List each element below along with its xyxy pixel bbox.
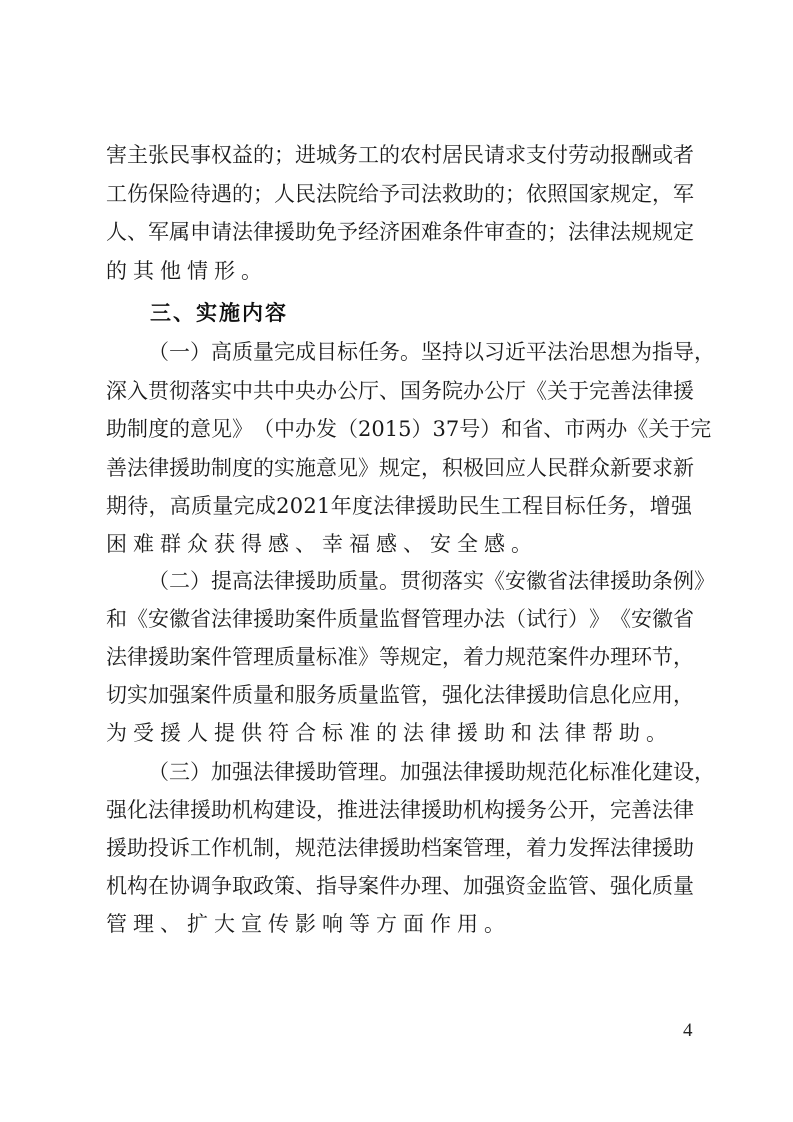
item-1-line: 深入贯彻落实中共中央办公厅、国务院办公厅《关于完善法律援 [106,376,692,406]
item-1-line: 助制度的意见》（中办发（2015）37号）和省、市两办《关于完 [106,414,692,444]
item-1-line: 期待，高质量完成2021年度法律援助民生工程目标任务，增强 [106,491,692,521]
item-1-line: 善法律援助制度的实施意见》规定，积极回应人民群众新要求新 [106,453,692,483]
item-3-line: （三）加强法律援助管理。加强法律援助规范化标准化建设， [148,757,692,787]
item-2-line: 为受援人提供符合标准的法律援助和法律帮助。 [106,718,692,748]
item-2-line: 法律援助案件管理质量标准》等规定，着力规范案件办理环节， [106,642,692,672]
document-page: 害主张民事权益的；进城务工的农村居民请求支付劳动报酬或者 工伤保险待遇的；人民法… [0,0,793,1122]
item-2-line: （二）提高法律援助质量。贯彻落实《安徽省法律援助条例》 [148,566,692,596]
paragraph-line: 的其他情形。 [106,256,692,286]
item-1-line: 困难群众获得感、幸福感、安全感。 [106,529,692,559]
item-3-line: 机构在协调争取政策、指导案件办理、加强资金监管、强化质量 [106,871,692,901]
item-2-line: 切实加强案件质量和服务质量监管，强化法律援助信息化应用， [106,680,692,710]
item-3-line: 强化法律援助机构建设，推进法律援助机构援务公开，完善法律 [106,795,692,825]
item-1-line: （一）高质量完成目标任务。坚持以习近平法治思想为指导， [148,337,692,367]
item-3-line: 管理、扩大宣传影响等方面作用。 [106,909,692,939]
section-heading: 三、实施内容 [150,298,288,328]
paragraph-line: 人、军属申请法律援助免予经济困难条件审查的；法律法规规定 [106,217,692,247]
paragraph-line: 害主张民事权益的；进城务工的农村居民请求支付劳动报酬或者 [106,140,692,170]
item-3-line: 援助投诉工作机制，规范法律援助档案管理，着力发挥法律援助 [106,833,692,863]
paragraph-line: 工伤保险待遇的；人民法院给予司法救助的；依照国家规定，军 [106,179,692,209]
page-number: 4 [683,1020,693,1042]
item-2-line: 和《安徽省法律援助案件质量监督管理办法（试行）》《安徽省 [106,604,692,634]
